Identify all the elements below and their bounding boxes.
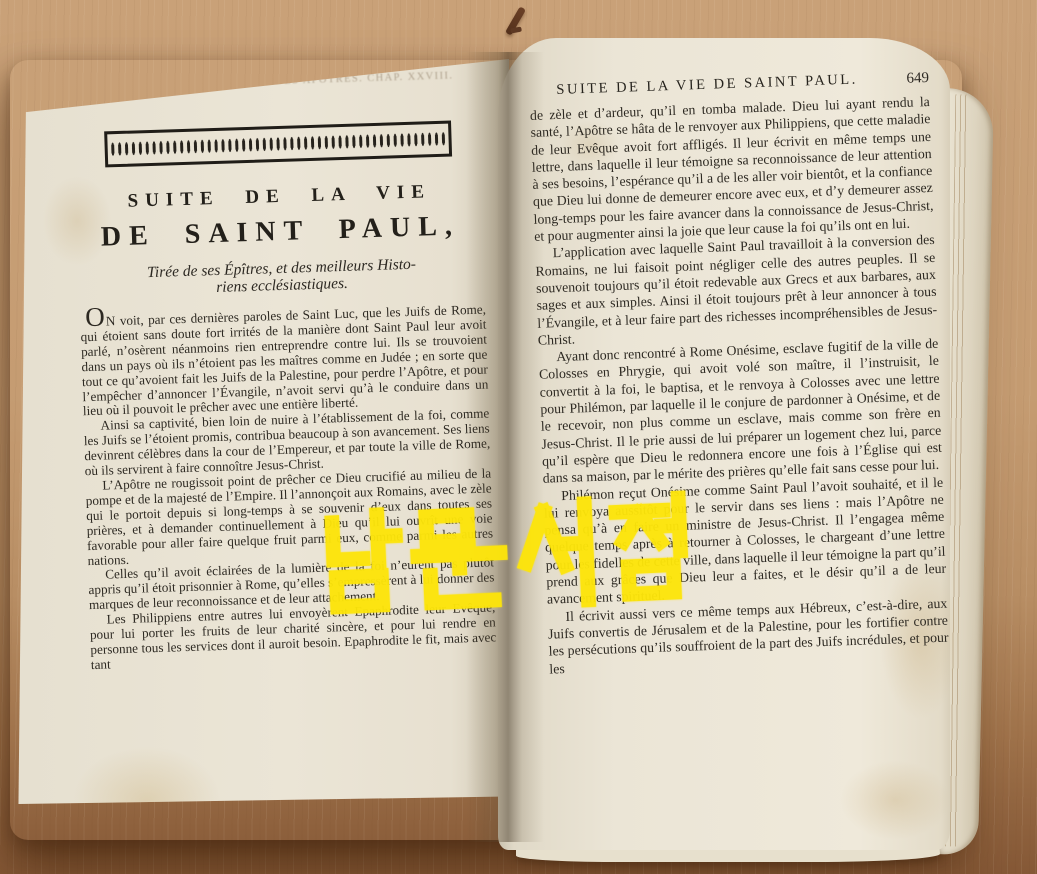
book-gutter-shadow [466, 52, 544, 842]
bookstore-watermark [316, 490, 713, 625]
photo-of-open-book: { "left_page": { "page_number": "648", "… [0, 0, 1037, 874]
watermark-stroke [336, 576, 382, 607]
watermark-stroke [426, 515, 468, 542]
subtitle-line2: riens ecclésiastiques. [216, 275, 348, 296]
watermark-stroke [565, 504, 589, 601]
chapter-title-line1: SUITE DE LA VIE [76, 180, 482, 215]
printer-ornament-band [104, 121, 452, 168]
paper-stain [840, 760, 950, 840]
watermark-stroke [377, 514, 397, 566]
watermark-stroke [628, 565, 674, 594]
watermark-stroke [332, 521, 363, 559]
left-page: 648 LES ACTES DES APOTRES. CHAP. XXVIII.… [16, 56, 510, 804]
watermark-stroke [430, 573, 494, 603]
watermark-stroke [418, 553, 501, 570]
paragraph: L’application avec laquelle Saint Paul t… [535, 231, 938, 349]
paragraph: ON voit, par ces dernières paroles de Sa… [80, 299, 489, 420]
chapter-subtitle: Tirée de ses Épîtres, et des meilleurs H… [78, 254, 485, 301]
paragraph: de zèle et d’ardeur, qu’il en tomba mala… [530, 93, 935, 245]
right-page: SUITE DE LA VIE DE SAINT PAUL. 649 de zè… [498, 38, 950, 850]
chapter-title-line2: DE SAINT PAUL, [77, 210, 484, 255]
right-page-number: 649 [906, 70, 929, 88]
paragraph: Ayant donc rencontré à Rome Onésime, esc… [538, 335, 943, 487]
